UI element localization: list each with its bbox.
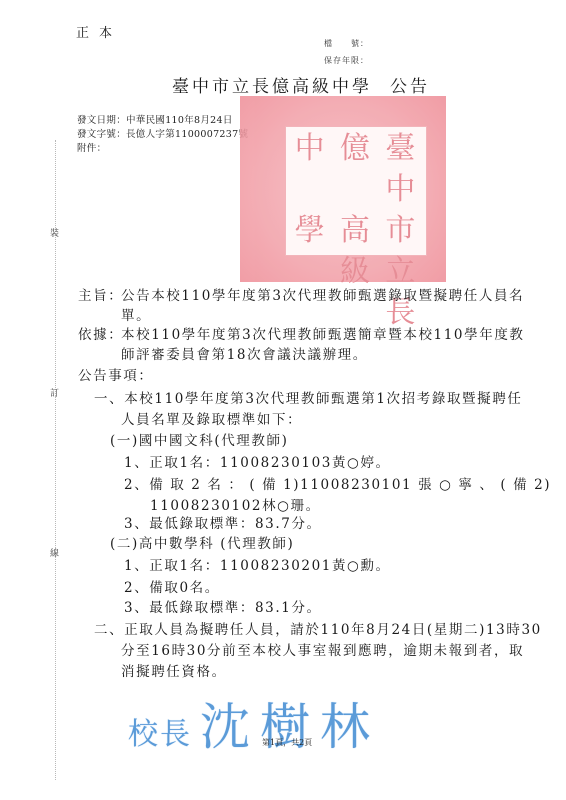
attachment-label: 附件： (77, 140, 106, 154)
file-number-label: 檔 號： (324, 38, 369, 49)
items-label: 公告事項： (78, 364, 154, 384)
item2-line-1: 二、正取人員為擬聘任人員，請於110年8月24日(星期二)13時30 (94, 618, 542, 638)
sub1-point1: 1、正取1名：11008230103黃○婷。 (124, 451, 391, 471)
retention-label: 保存年限： (324, 55, 369, 66)
principal-signature-stamp: 校長沈樹林 (128, 687, 380, 759)
official-seal-icon: 臺中 市 立長 億 高 級 中 學 (240, 96, 446, 282)
item2-line-3: 消擬聘任資格。 (121, 660, 227, 680)
subject-label: 主旨： (78, 284, 123, 304)
seal-char: 學 (287, 210, 332, 251)
title-type: 公告 (390, 77, 430, 97)
binding-mark-zhuang: 裝 (50, 226, 59, 239)
issue-date: 發文日期：中華民國110年8月24日 (77, 112, 233, 126)
subject-line-2: 單。 (121, 304, 151, 324)
seal-char: 高 (332, 210, 377, 251)
subject-line-1: 公告本校110學年度第3次代理教師甄選錄取暨擬聘任人員名 (121, 284, 524, 304)
sub1-heading: (一)國中國文科(代理教師) (110, 429, 288, 449)
binding-mark-xian: 線 (50, 546, 59, 559)
sub2-heading: (二)高中數學科 (代理教師) (110, 532, 294, 552)
page-footer: 第1頁，共2頁 (262, 737, 312, 748)
sub1-point3: 3、最低錄取標準：83.7分。 (124, 512, 322, 532)
seal-char: 市 (378, 210, 423, 251)
page-title: 臺中市立長億高級中學公告 (172, 72, 430, 97)
seal-char: 臺中 (378, 128, 423, 210)
copy-label: 正本 (76, 22, 122, 41)
seal-characters: 臺中 市 立長 億 高 級 中 學 (287, 128, 423, 252)
seal-char: 中 (287, 128, 332, 210)
sub2-point2: 2、備取0名。 (124, 576, 220, 596)
item1-line-1: 一、本校110學年度第3次代理教師甄選第1次招考錄取暨擬聘任 (94, 387, 522, 407)
basis-line-1: 本校110學年度第3次代理教師甄選簡章暨本校110學年度教 (121, 323, 525, 343)
item2-line-2: 分至16時30分前至本校人事室報到應聘，逾期未報到者，取 (121, 639, 524, 659)
sub2-point3: 3、最低錄取標準：83.1分。 (124, 596, 322, 616)
sub1-point2-line2: 11008230102林○珊。 (150, 494, 321, 514)
title-org: 臺中市立長億高級中學 (172, 77, 372, 97)
basis-line-2: 師評審委員會第18次會議決議辦理。 (121, 343, 368, 363)
issue-number: 發文字號：長億人字第1100007237號 (77, 126, 248, 140)
seal-char: 億 (332, 128, 377, 210)
item1-line-2: 人員名單及錄取標準如下： (121, 408, 302, 428)
basis-label: 依據： (78, 323, 123, 343)
binding-mark-ding: 訂 (50, 386, 59, 399)
sub1-point2-line1: 2、備 取 2 名 ： ( 備 1)11008230101 張 ○ 寧 、 ( … (124, 473, 551, 493)
sub2-point1: 1、正取1名：11008230201黃○勳。 (124, 554, 391, 574)
signature-title: 校長 (128, 717, 192, 752)
